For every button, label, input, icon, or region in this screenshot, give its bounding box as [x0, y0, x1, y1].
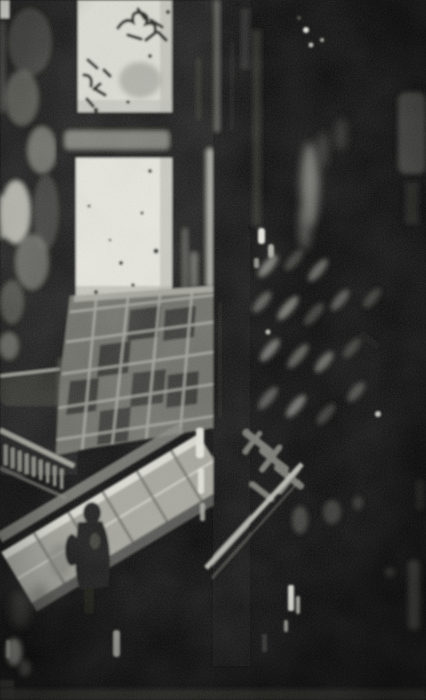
photo-canvas — [0, 0, 426, 700]
halftone-photograph — [0, 0, 426, 700]
vignette-overlay — [0, 0, 426, 700]
